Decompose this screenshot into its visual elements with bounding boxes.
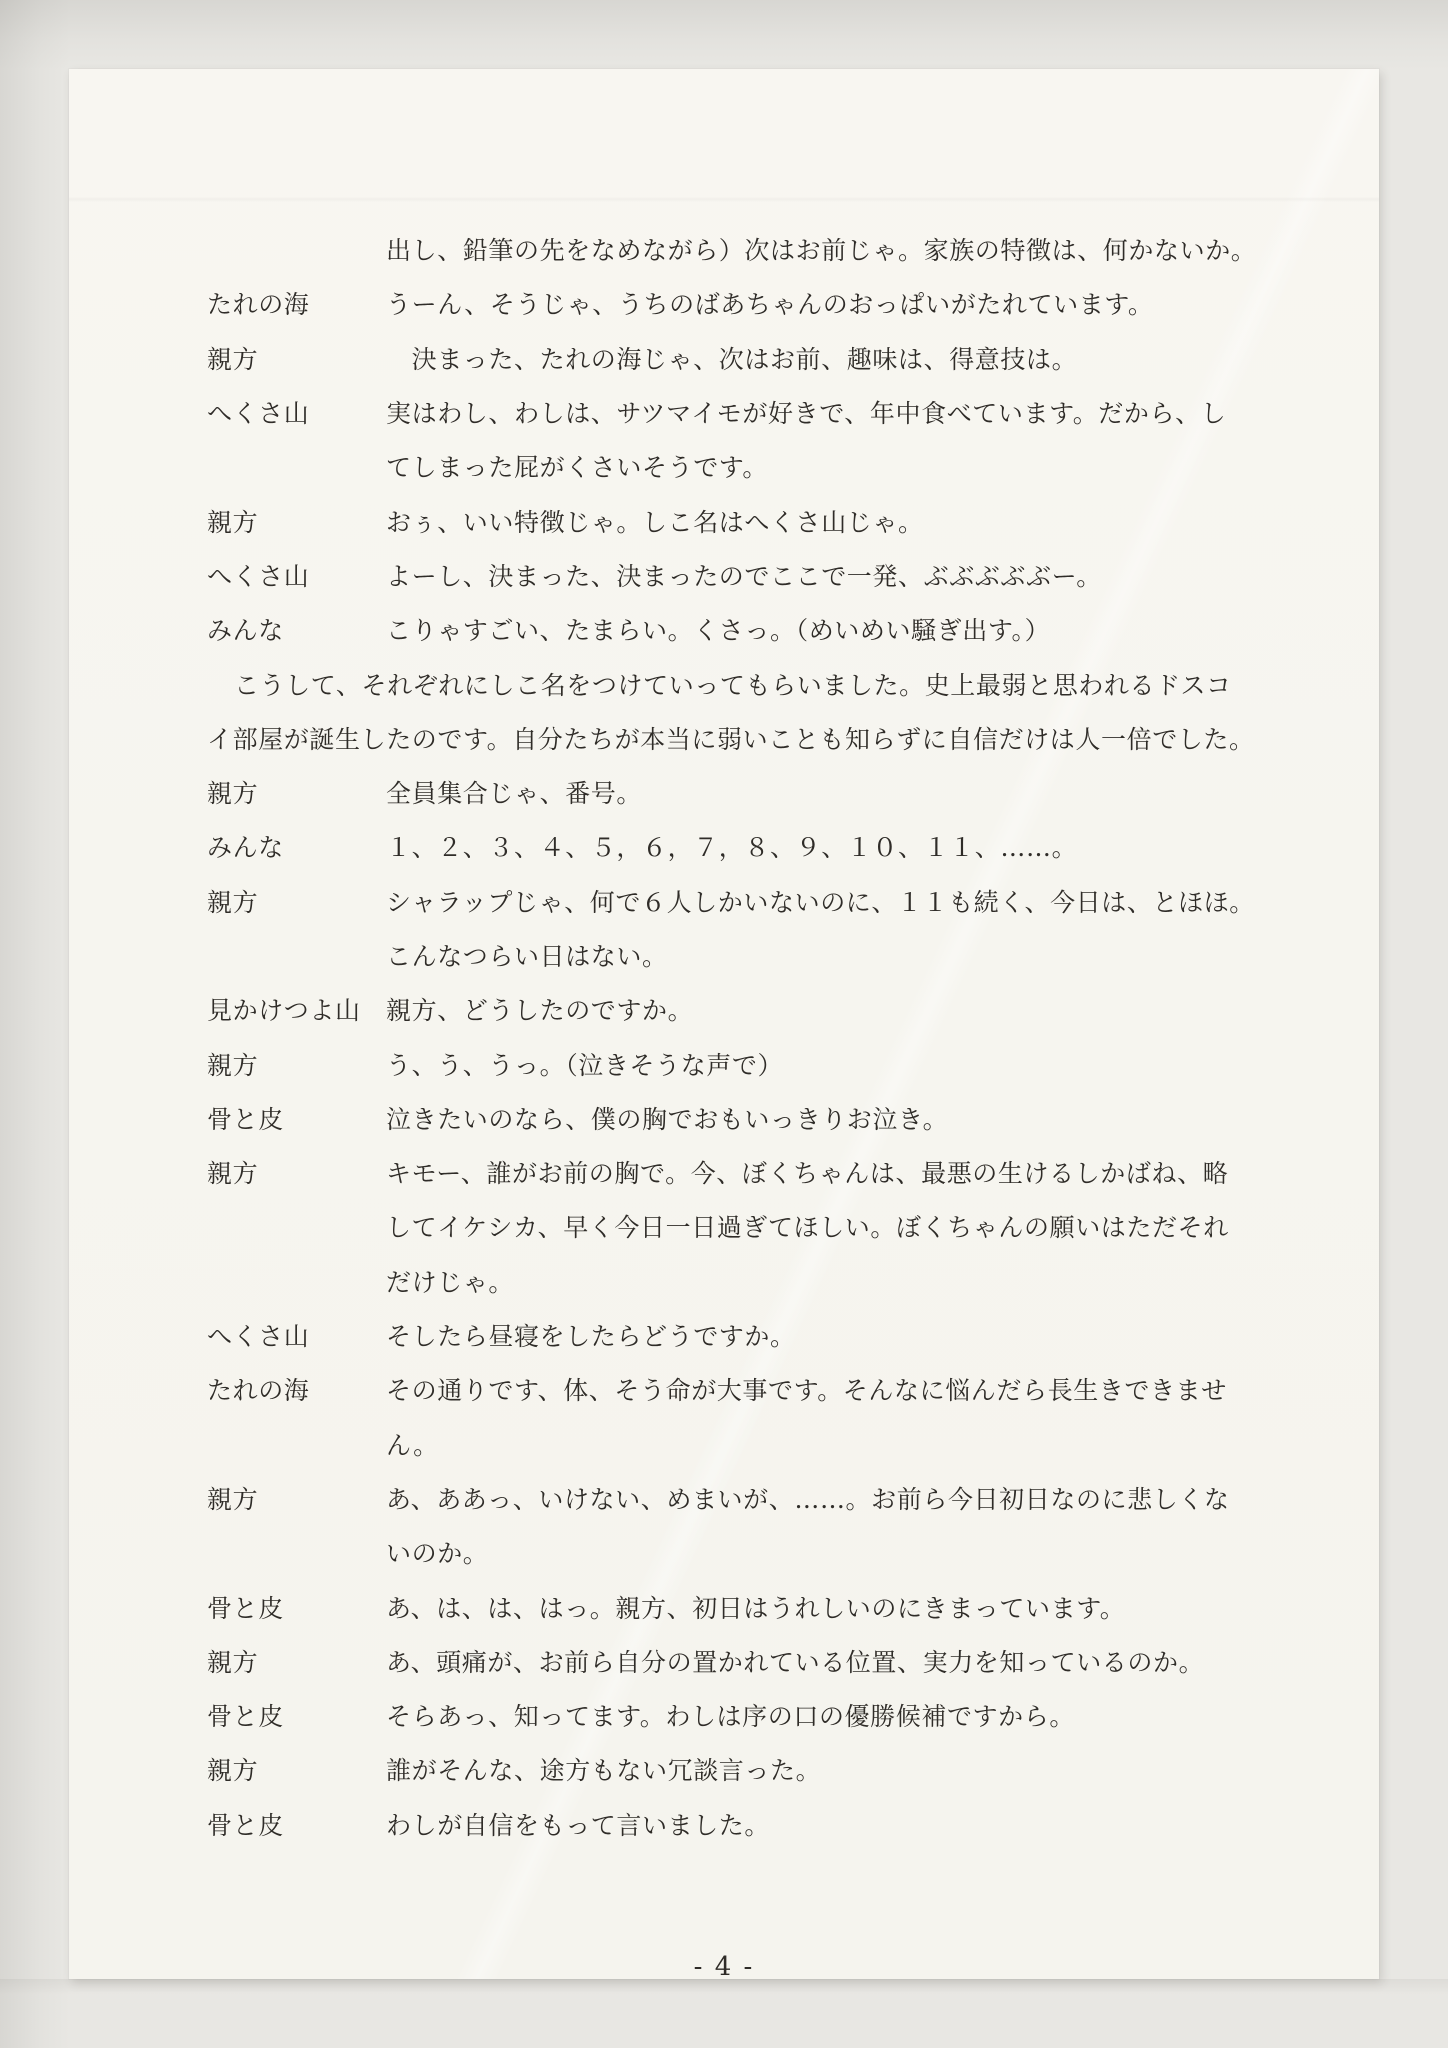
dialogue-text: そしたら昼寝をしたらどうですか。	[386, 1317, 796, 1353]
script-line: 骨と皮 あ、は、は、はっ。親方、初日はうれしいのにきまっています。	[207, 1579, 1287, 1633]
scanner-background: 出し、鉛筆の先をなめながら）次はお前じゃ。家族の特徴は、何かないか。 たれの海 …	[0, 0, 1448, 2048]
speaker-name: へくさ山	[207, 394, 386, 430]
dialogue-text: こんなつらい日はない。	[386, 937, 668, 973]
dialogue-text: あ、頭痛が、お前ら自分の置かれている位置、実力を知っているのか。	[386, 1643, 1204, 1679]
dialogue-text: うーん、そうじゃ、うちのばあちゃんのおっぱいがたれています。	[386, 285, 1154, 321]
script-line: いのか。	[207, 1525, 1287, 1579]
dialogue-text: う、う、うっ。（泣きそうな声で）	[386, 1046, 783, 1082]
speaker-name: 親方	[207, 1154, 386, 1190]
speaker-name: 親方	[207, 1643, 386, 1679]
speaker-name: 骨と皮	[207, 1697, 386, 1733]
dialogue-text: あ、ああっ、いけない、めまいが、……。お前ら今日初日なのに悲しくな	[386, 1480, 1230, 1516]
script-line: こうして、それぞれにしこ名をつけていってもらいました。史上最弱と思われるドスコ	[207, 656, 1287, 710]
speaker-name: 親方	[207, 1751, 386, 1787]
dialogue-text: そらあっ、知ってます。わしは序の口の優勝候補ですから。	[386, 1697, 1075, 1733]
script-line: たれの海 その通りです、体、そう命が大事です。そんなに悩んだら長生きできませ	[207, 1362, 1287, 1416]
script-line: へくさ山 よーし、決まった、決まったのでここで一発、ぶぶぶぶぶー。	[207, 548, 1287, 602]
dialogue-text: 全員集合じゃ、番号。	[386, 774, 642, 810]
script-line: 親方 う、う、うっ。（泣きそうな声で）	[207, 1036, 1287, 1090]
script-line: 親方 あ、ああっ、いけない、めまいが、……。お前ら今日初日なのに悲しくな	[207, 1471, 1287, 1525]
dialogue-text: おぅ、いい特徴じゃ。しこ名はへくさ山じゃ。	[386, 503, 924, 539]
dialogue-text: 決まった、たれの海じゃ、次はお前、趣味は、得意技は。	[386, 340, 1077, 376]
speaker-name: 親方	[207, 340, 386, 376]
script-line: 見かけつよ山 親方、どうしたのですか。	[207, 982, 1287, 1036]
dialogue-text: １、２、３、４、５，６，７，８、９、１０、１１、……。	[386, 828, 1077, 864]
dialogue-text: わしが自信をもって言いました。	[386, 1806, 770, 1842]
dialogue-text: 出し、鉛筆の先をなめながら）次はお前じゃ。家族の特徴は、何かないか。	[386, 231, 1256, 267]
script-line: みんな １、２、３、４、５，６，７，８、９、１０、１１、……。	[207, 819, 1287, 873]
dialogue-text: てしまった屁がくさいそうです。	[386, 448, 768, 484]
dialogue-text: だけじゃ。	[386, 1263, 514, 1299]
speaker-name: 親方	[207, 1046, 386, 1082]
speaker-name: みんな	[207, 611, 386, 647]
dialogue-text: 泣きたいのなら、僕の胸でおもいっきりお泣き。	[386, 1100, 948, 1136]
script-line: へくさ山 実はわし、わしは、サツマイモが好きで、年中食べています。だから、し	[207, 385, 1287, 439]
speaker-name: 骨と皮	[207, 1100, 386, 1136]
script-line: 出し、鉛筆の先をなめながら）次はお前じゃ。家族の特徴は、何かないか。	[207, 222, 1287, 276]
dialogue-text: してイケシカ、早く今日一日過ぎてほしい。ぼくちゃんの願いはただそれ	[386, 1208, 1229, 1244]
page-number: - 4 -	[69, 1952, 1379, 1982]
script-line: たれの海 うーん、そうじゃ、うちのばあちゃんのおっぱいがたれています。	[207, 276, 1287, 330]
script-line: だけじゃ。	[207, 1254, 1287, 1308]
speaker-name: 親方	[207, 883, 386, 919]
script-line: こんなつらい日はない。	[207, 928, 1287, 982]
script-line: へくさ山 そしたら昼寝をしたらどうですか。	[207, 1308, 1287, 1362]
dialogue-text: キモー、誰がお前の胸で。今、ぼくちゃんは、最悪の生けるしかばね、略	[386, 1154, 1228, 1190]
dialogue-text: その通りです、体、そう命が大事です。そんなに悩んだら長生きできませ	[386, 1371, 1227, 1407]
speaker-name: 親方	[207, 1480, 386, 1516]
dialogue-text: こりゃすごい、たまらい。くさっ。（めいめい騒ぎ出す。）	[386, 611, 1050, 647]
script-lines: 出し、鉛筆の先をなめながら）次はお前じゃ。家族の特徴は、何かないか。 たれの海 …	[207, 222, 1287, 1851]
speaker-name: へくさ山	[207, 557, 386, 593]
script-line: 親方 おぅ、いい特徴じゃ。しこ名はへくさ山じゃ。	[207, 493, 1287, 547]
dialogue-text: 実はわし、わしは、サツマイモが好きで、年中食べています。だから、し	[386, 394, 1226, 430]
script-line: 親方 あ、頭痛が、お前ら自分の置かれている位置、実力を知っているのか。	[207, 1634, 1287, 1688]
dialogue-text: こうして、それぞれにしこ名をつけていってもらいました。史上最弱と思われるドスコ	[207, 666, 1232, 702]
dialogue-text: 親方、どうしたのですか。	[386, 991, 693, 1027]
script-line: 親方 決まった、たれの海じゃ、次はお前、趣味は、得意技は。	[207, 331, 1287, 385]
dialogue-text: あ、は、は、はっ。親方、初日はうれしいのにきまっています。	[386, 1589, 1125, 1625]
dialogue-text: イ部屋が誕生したのです。自分たちが本当に弱いことも知らずに自信だけは人一倍でした…	[207, 720, 1255, 756]
speaker-name: へくさ山	[207, 1317, 386, 1353]
script-line: イ部屋が誕生したのです。自分たちが本当に弱いことも知らずに自信だけは人一倍でした…	[207, 711, 1287, 765]
speaker-name: みんな	[207, 828, 386, 864]
script-line: してイケシカ、早く今日一日過ぎてほしい。ぼくちゃんの願いはただそれ	[207, 1199, 1287, 1253]
script-line: 親方 シャラップじゃ、何で６人しかいないのに、１１も続く、今日は、とほほ。	[207, 874, 1287, 928]
dialogue-text: よーし、決まった、決まったのでここで一発、ぶぶぶぶぶー。	[386, 557, 1102, 593]
speaker-name: 骨と皮	[207, 1806, 386, 1842]
script-line: 親方 キモー、誰がお前の胸で。今、ぼくちゃんは、最悪の生けるしかばね、略	[207, 1145, 1287, 1199]
script-line: 骨と皮 泣きたいのなら、僕の胸でおもいっきりお泣き。	[207, 1091, 1287, 1145]
speaker-name: たれの海	[207, 1371, 386, 1407]
speaker-name: たれの海	[207, 285, 386, 321]
script-line: 骨と皮 そらあっ、知ってます。わしは序の口の優勝候補ですから。	[207, 1688, 1287, 1742]
script-line: ん。	[207, 1417, 1287, 1471]
speaker-name: 見かけつよ山	[207, 991, 386, 1027]
dialogue-text: ん。	[386, 1426, 439, 1462]
script-line: みんな こりゃすごい、たまらい。くさっ。（めいめい騒ぎ出す。）	[207, 602, 1287, 656]
script-line: 骨と皮 わしが自信をもって言いました。	[207, 1797, 1287, 1851]
speaker-name: 親方	[207, 503, 386, 539]
dialogue-text: シャラップじゃ、何で６人しかいないのに、１１も続く、今日は、とほほ。	[386, 883, 1255, 919]
speaker-name: 親方	[207, 774, 386, 810]
script-line: 親方 全員集合じゃ、番号。	[207, 765, 1287, 819]
dialogue-text: 誰がそんな、途方もない冗談言った。	[386, 1751, 821, 1787]
speaker-name: 骨と皮	[207, 1589, 386, 1625]
document-page: 出し、鉛筆の先をなめながら）次はお前じゃ。家族の特徴は、何かないか。 たれの海 …	[69, 69, 1379, 1979]
script-line: 親方 誰がそんな、途方もない冗談言った。	[207, 1742, 1287, 1796]
dialogue-text: いのか。	[386, 1534, 488, 1570]
script-line: てしまった屁がくさいそうです。	[207, 439, 1287, 493]
